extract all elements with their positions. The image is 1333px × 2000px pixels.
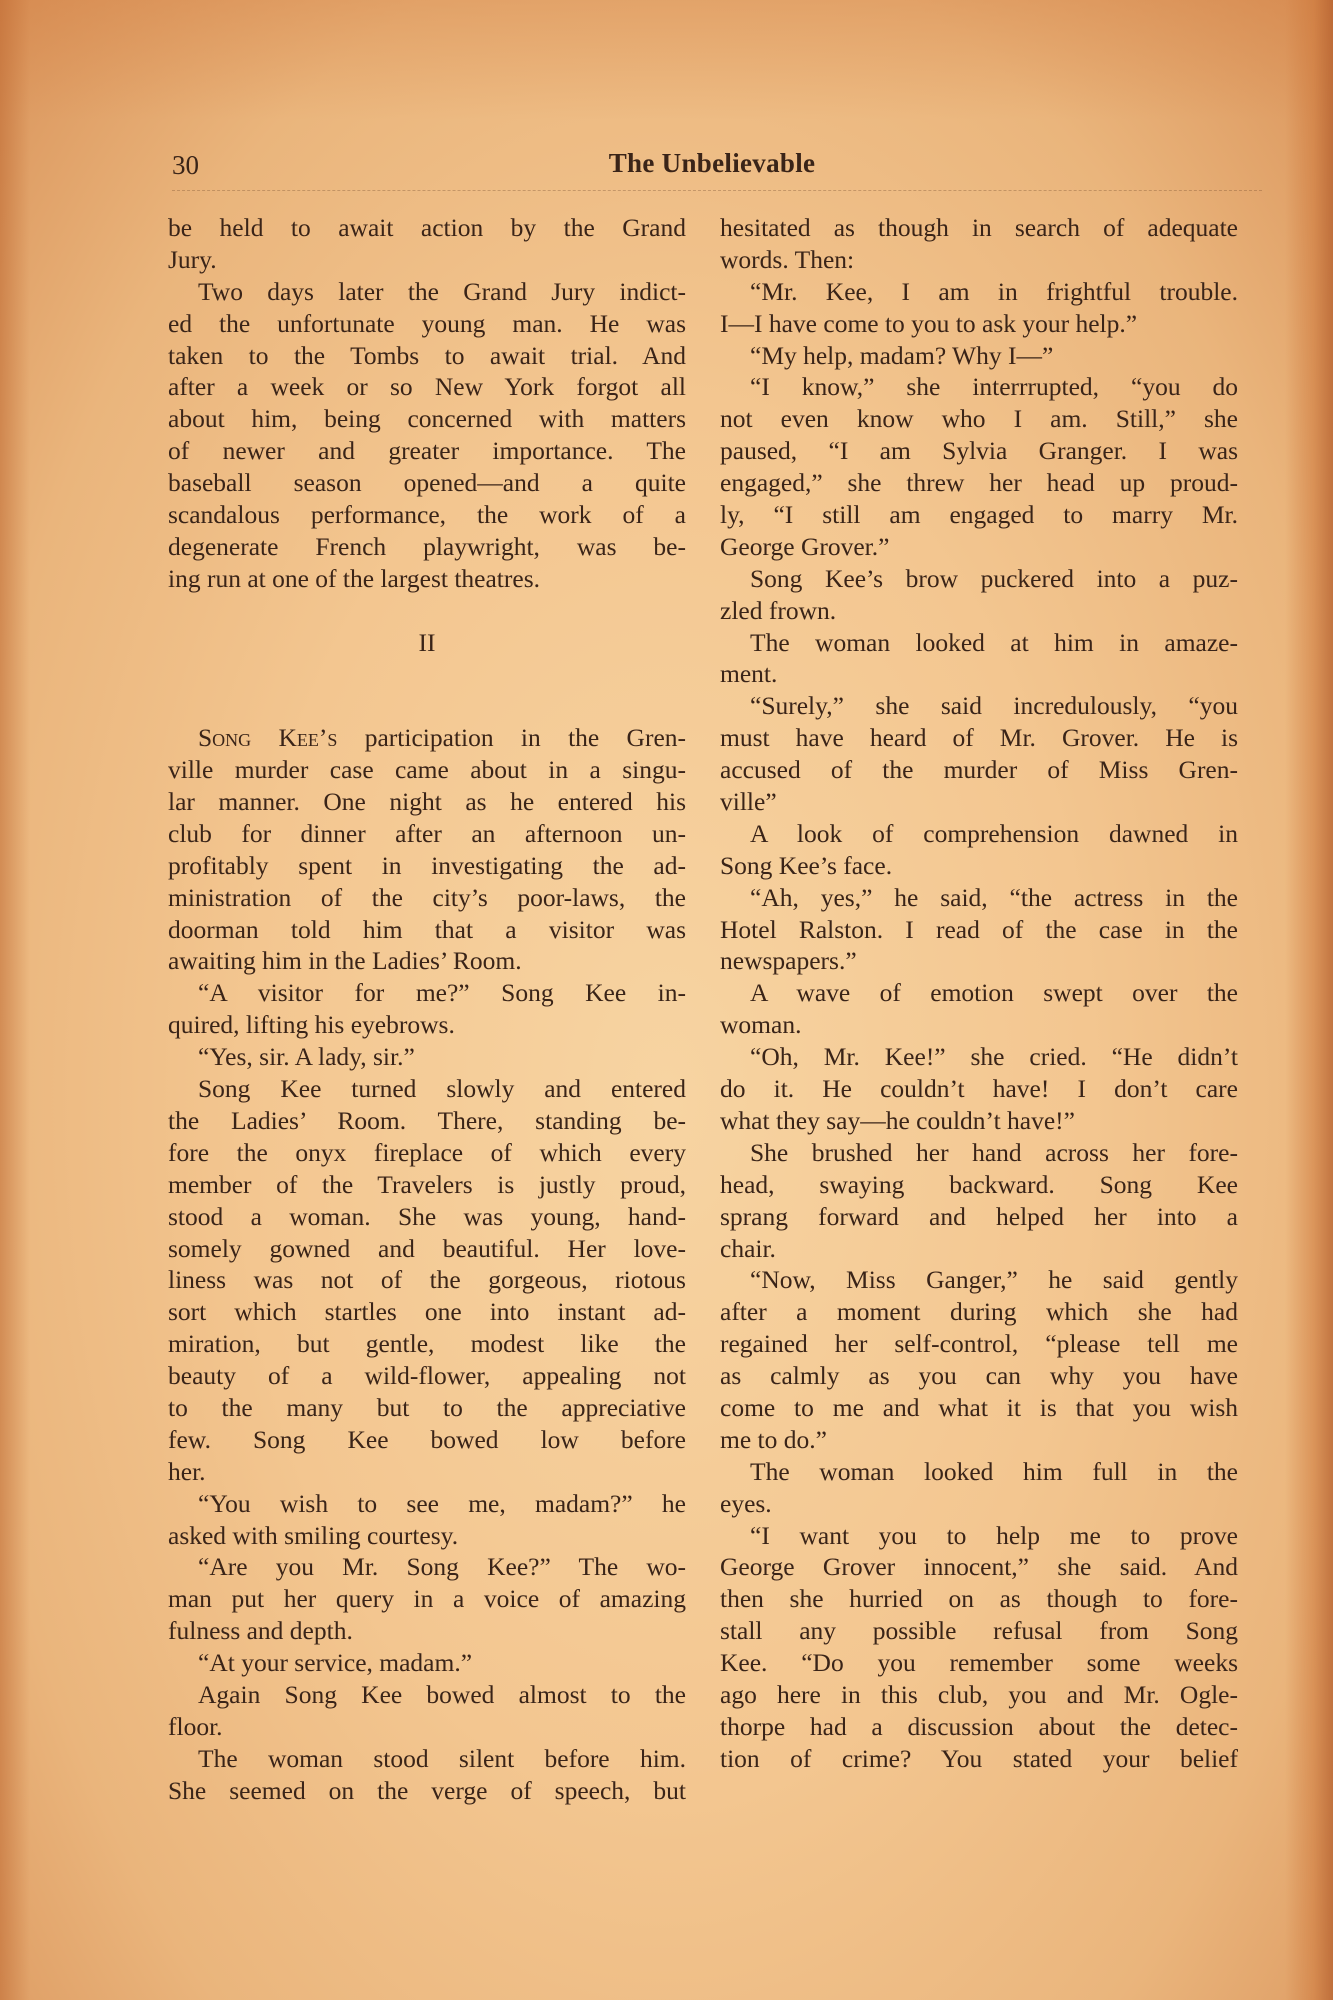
text-line: The woman stood silent before him. [168,1743,686,1775]
text-line: sort which startles one into instant ad- [168,1296,686,1328]
text-line: “My help, madam? Why I—” [720,340,1238,372]
text-line: head, swaying backward. Song Kee [720,1169,1238,1201]
text-line: of newer and greater importance. The [168,435,686,467]
text-line: ago here in this club, you and Mr. Ogle- [720,1679,1238,1711]
text-line: newspapers.” [720,945,1238,977]
text-line: fore the onyx fireplace of which every [168,1137,686,1169]
text-line: stood a woman. She was young, hand- [168,1201,686,1233]
text-line: George Grover.” [720,531,1238,563]
text-line: must have heard of Mr. Grover. He is [720,722,1238,754]
text-line: the Ladies’ Room. There, standing be- [168,1105,686,1137]
text-line: ville” [720,786,1238,818]
page-number: 30 [172,150,199,181]
text-line: floor. [168,1711,686,1743]
text-line: “You wish to see me, madam?” he [168,1488,686,1520]
left-text-column: be held to await action by the GrandJury… [168,212,686,1807]
text-line: ment. [720,658,1238,690]
text-line: quired, lifting his eyebrows. [168,1009,686,1041]
text-line: The woman looked him full in the [720,1456,1238,1488]
text-line: “Surely,” she said incredulously, “you [720,690,1238,722]
text-line: as calmly as you can why you have [720,1360,1238,1392]
text-line: The woman looked at him in amaze- [720,627,1238,659]
text-line: after a week or so New York forgot all [168,371,686,403]
text-line: She seemed on the verge of speech, but [168,1775,686,1807]
text-line: miration, but gentle, modest like the [168,1328,686,1360]
text-line: ministration of the city’s poor-laws, th… [168,882,686,914]
text-line: zled frown. [720,595,1238,627]
text-line: Jury. [168,244,686,276]
text-line: regained her self-control, “please tell … [720,1328,1238,1360]
text-line: “I want you to help me to prove [720,1520,1238,1552]
text-line: “I know,” she interrrupted, “you do [720,371,1238,403]
text-line: I—I have come to you to ask your help.” [720,308,1238,340]
text-line: Hotel Ralston. I read of the case in the [720,914,1238,946]
text-line: A wave of emotion swept over the [720,977,1238,1009]
text-line: words. Then: [720,244,1238,276]
text-line: taken to the Tombs to await trial. And [168,340,686,372]
text-line: Song Kee’s brow puckered into a puz- [720,563,1238,595]
text-line: Song Kee’s face. [720,850,1238,882]
text-line: “At your service, madam.” [168,1647,686,1679]
text-line: “Mr. Kee, I am in frightful trouble. [720,276,1238,308]
text-line: come to me and what it is that you wish [720,1392,1238,1424]
text-line: somely gowned and beautiful. Her love- [168,1233,686,1265]
running-title: The Unbelievable [572,148,852,179]
text-line: “A visitor for me?” Song Kee in- [168,977,686,1009]
text-line: paused, “I am Sylvia Granger. I was [720,435,1238,467]
text-line: member of the Travelers is justly proud, [168,1169,686,1201]
text-line: accused of the murder of Miss Gren- [720,754,1238,786]
text-line: “Now, Miss Ganger,” he said gently [720,1264,1238,1296]
text-line: ed the unfortunate young man. He was [168,308,686,340]
text-line: “Yes, sir. A lady, sir.” [168,1041,686,1073]
text-line: her. [168,1456,686,1488]
text-line: “Oh, Mr. Kee!” she cried. “He didn’t [720,1041,1238,1073]
text-line: not even know who I am. Still,” she [720,403,1238,435]
text-line: “Are you Mr. Song Kee?” The wo- [168,1551,686,1583]
text-line: hesitated as though in search of adequat… [720,212,1238,244]
text-line: stall any possible refusal from Song [720,1615,1238,1647]
text-line: Song Kee’s participation in the Gren- [168,722,686,754]
text-line: ing run at one of the largest theatres. [168,563,686,595]
text-line: Kee. “Do you remember some weeks [720,1647,1238,1679]
text-line: about him, being concerned with matters [168,403,686,435]
text-line: degenerate French playwright, was be- [168,531,686,563]
text-line: beauty of a wild-flower, appealing not [168,1360,686,1392]
text-line: lar manner. One night as he entered his [168,786,686,818]
text-line: doorman told him that a visitor was [168,914,686,946]
text-line: scandalous performance, the work of a [168,499,686,531]
text-line: She brushed her hand across her fore- [720,1137,1238,1169]
text-line: Again Song Kee bowed almost to the [168,1679,686,1711]
text-line: woman. [720,1009,1238,1041]
blank-line [168,658,686,690]
text-line: Song Kee turned slowly and entered [168,1073,686,1105]
text-line: ly, “I still am engaged to marry Mr. [720,499,1238,531]
text-line: profitably spent in investigating the ad… [168,850,686,882]
text-line: ville murder case came about in a singu- [168,754,686,786]
text-line: fulness and depth. [168,1615,686,1647]
text-line: then she hurried on as though to fore- [720,1583,1238,1615]
header-rule [172,190,1262,191]
text-line: asked with smiling courtesy. [168,1520,686,1552]
text-line: “Ah, yes,” he said, “the actress in the [720,882,1238,914]
text-line: after a moment during which she had [720,1296,1238,1328]
right-text-column: hesitated as though in search of adequat… [720,212,1238,1775]
text-line: few. Song Kee bowed low before [168,1424,686,1456]
text-line: to the many but to the appreciative [168,1392,686,1424]
text-line: Two days later the Grand Jury indict- [168,276,686,308]
paper-top-stain [0,0,1333,120]
text-line: awaiting him in the Ladies’ Room. [168,945,686,977]
text-line: what they say—he couldn’t have!” [720,1105,1238,1137]
text-line: sprang forward and helped her into a [720,1201,1238,1233]
small-caps-name: Song Kee’s [198,723,337,752]
text-line-rest: participation in the Gren- [365,723,686,752]
page-header: 30 The Unbelievable [172,146,1242,186]
text-line: thorpe had a discussion about the detec- [720,1711,1238,1743]
text-line: tion of crime? You stated your belief [720,1743,1238,1775]
text-line: George Grover innocent,” she said. And [720,1551,1238,1583]
text-line: liness was not of the gorgeous, riotous [168,1264,686,1296]
text-line: do it. He couldn’t have! I don’t care [720,1073,1238,1105]
text-line: A look of comprehension dawned in [720,818,1238,850]
book-page: 30 The Unbelievable be held to await act… [0,0,1333,2000]
text-line: eyes. [720,1488,1238,1520]
text-line: me to do.” [720,1424,1238,1456]
section-heading: II [168,627,686,659]
text-line: man put her query in a voice of amazing [168,1583,686,1615]
blank-line [168,595,686,627]
text-line: chair. [720,1233,1238,1265]
text-line: baseball season opened—and a quite [168,467,686,499]
paper-right-edge [1285,0,1333,2000]
text-line: engaged,” she threw her head up proud- [720,467,1238,499]
text-line: be held to await action by the Grand [168,212,686,244]
paper-left-edge [0,0,30,2000]
text-line: club for dinner after an afternoon un- [168,818,686,850]
blank-line [168,690,686,722]
